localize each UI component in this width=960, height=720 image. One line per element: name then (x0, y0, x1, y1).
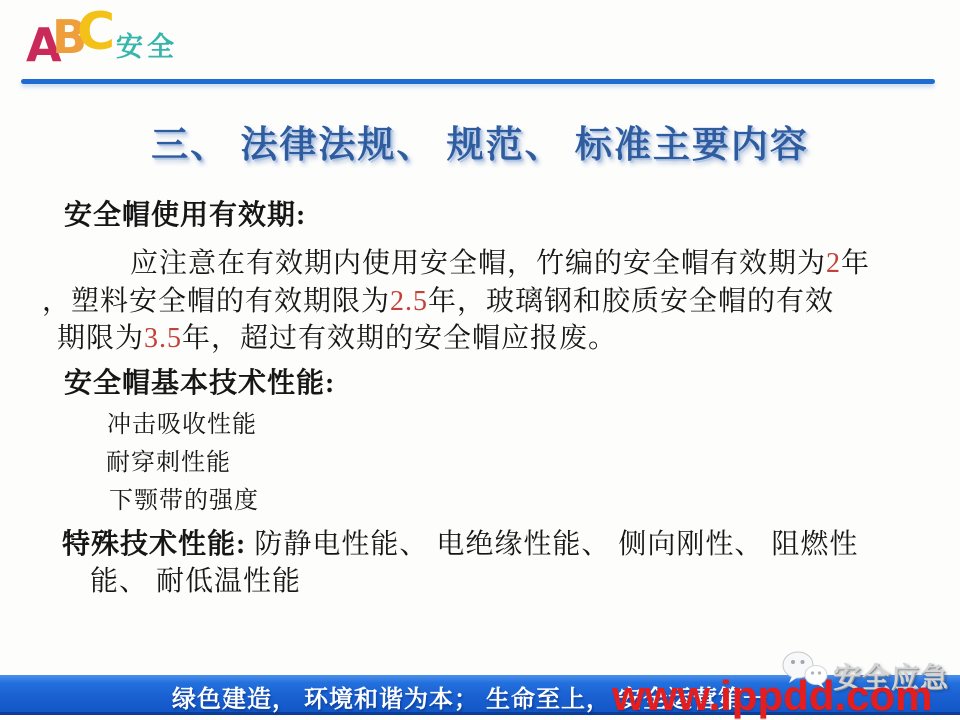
special-performance-items: 防静电性能、 电绝缘性能、 侧向刚性、 阻燃性 (246, 529, 858, 560)
heading-validity-period: 安全帽使用有效期: (64, 193, 306, 233)
header-divider-line (21, 79, 935, 84)
paragraph-line-2-tail: 年，玻璃钢和胶质安全帽的有效 (428, 286, 834, 317)
slide-title: 三、 法律法规、 规范、 标准主要内容 (0, 114, 960, 168)
paragraph-line-1: 应注意在有效期内使用安全帽，竹编的安全帽有效期为2年 (130, 241, 870, 281)
logo-suffix-text: 安全 (116, 34, 178, 61)
heading-basic-performance: 安全帽基本技术性能: (64, 361, 335, 401)
highlight-number-3-5: 3.5 (144, 323, 182, 354)
watermark-url: www.ippdd.com (612, 672, 932, 720)
abc-safety-logo: A B C 安全 (0, 0, 200, 75)
paragraph-line-1-text: 应注意在有效期内使用安全帽，竹编的安全帽有效期为 (130, 248, 826, 279)
special-performance-label: 特殊技术性能: (62, 529, 246, 560)
list-item-chin-strap-strength: 下颚带的强度 (109, 480, 259, 515)
list-item-impact-absorption: 冲击吸收性能 (107, 404, 257, 439)
paragraph-line-3-text: 期限为 (57, 323, 144, 354)
paragraph-line-3: 期限为3.5年，超过有效期的安全帽应报废。 (57, 316, 617, 356)
special-performance-line-1: 特殊技术性能: 防静电性能、 电绝缘性能、 侧向刚性、 阻燃性 (62, 522, 858, 562)
logo-letter-c: C (77, 6, 115, 58)
presentation-slide: A B C 安全 三、 法律法规、 规范、 标准主要内容 安全帽使用有效期: 应… (0, 0, 960, 720)
list-item-puncture-resistance: 耐穿刺性能 (106, 442, 231, 477)
paragraph-line-3-tail: 年，超过有效期的安全帽应报废。 (182, 323, 617, 354)
paragraph-line-1-tail: 年 (841, 248, 870, 279)
paragraph-line-2: ，塑料安全帽的有效期限为2.5年，玻璃钢和胶质安全帽的有效 (42, 279, 834, 319)
special-performance-line-2: 能、 耐低温性能 (90, 559, 301, 599)
paragraph-line-2-text: ，塑料安全帽的有效期限为 (42, 286, 390, 317)
highlight-number-2-5: 2.5 (390, 286, 428, 317)
highlight-number-2: 2 (826, 248, 841, 279)
